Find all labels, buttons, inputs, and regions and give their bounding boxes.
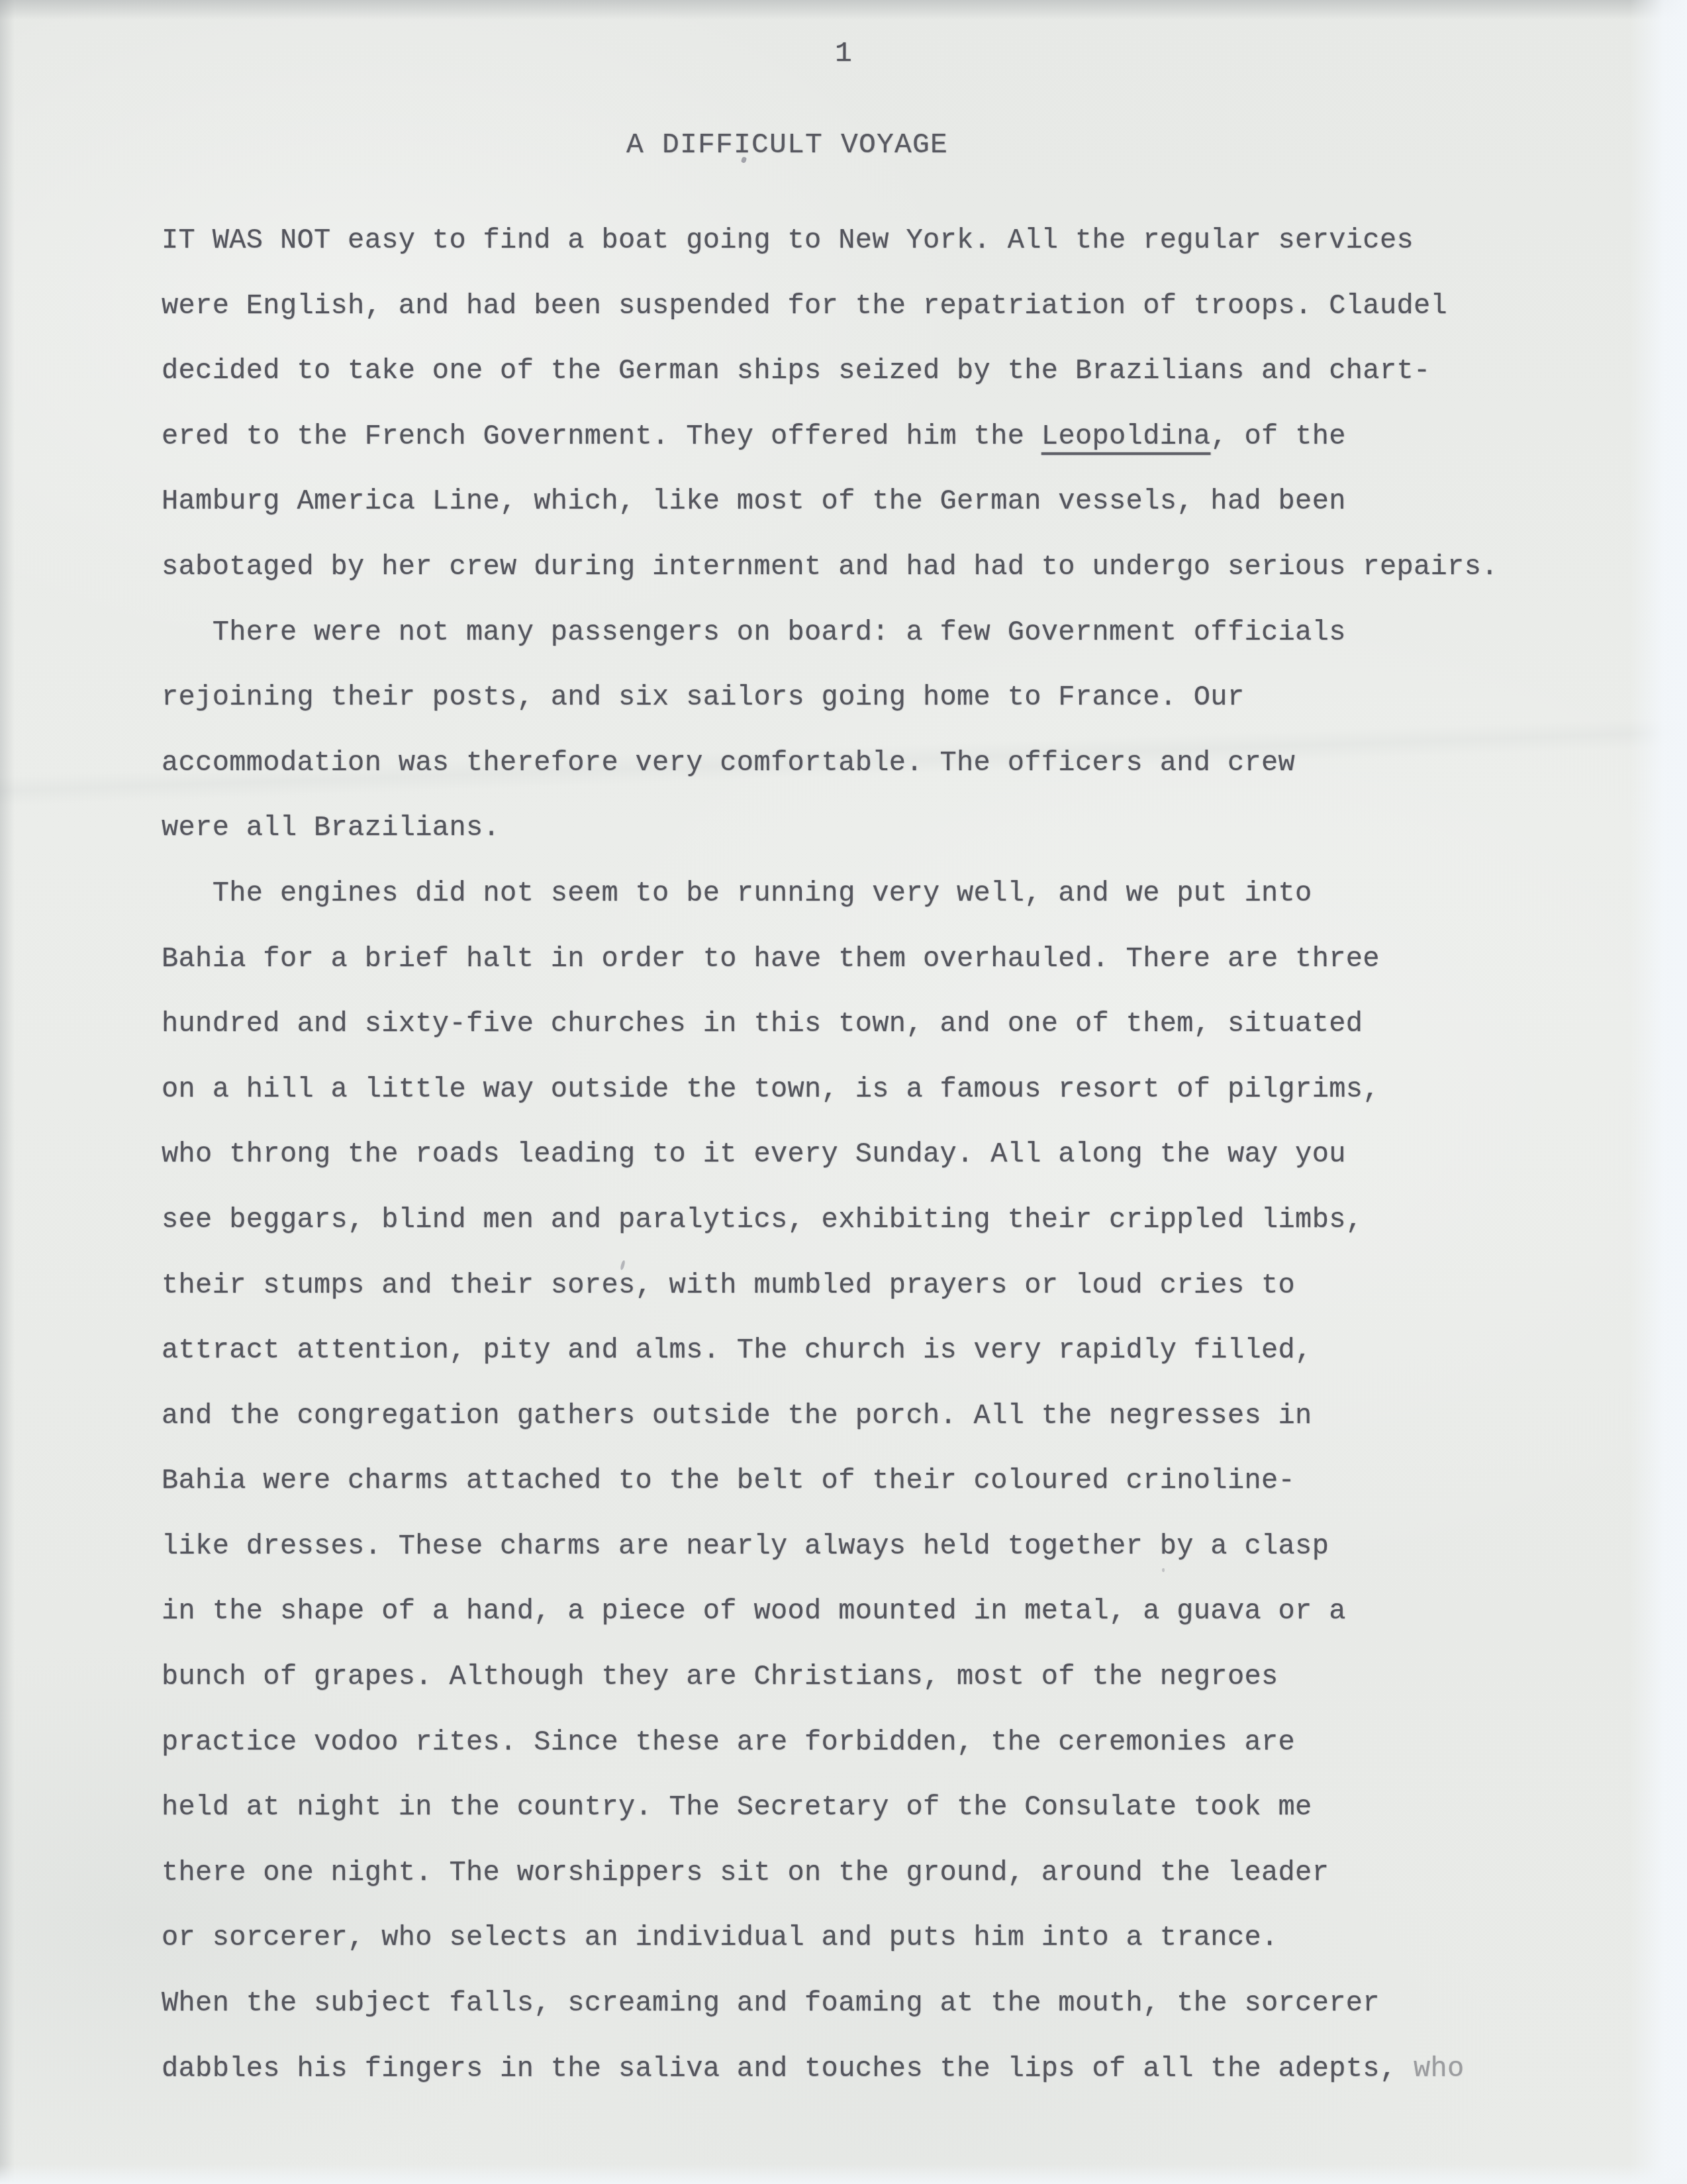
text-line: IT WAS NOT easy to find a boat going to … [162,208,1498,273]
text-line: There were not many passengers on board:… [162,600,1498,666]
page-number: 1 [0,37,1687,70]
text-line: Bahia were charms attached to the belt o… [162,1448,1498,1514]
text-line: or sorcerer, who selects an individual a… [162,1905,1498,1971]
text-segment: ered to the French Government. They offe… [162,421,1041,452]
text-line: Hamburg America Line, which, like most o… [162,469,1498,534]
text-line: sabotaged by her crew during internment … [162,534,1498,600]
text-line: their stumps and their sores, with mumbl… [162,1253,1498,1318]
faint-text-segment: who [1414,2053,1465,2085]
underlined-ship-name: Leopoldina [1041,421,1211,452]
text-line: in the shape of a hand, a piece of wood … [162,1579,1498,1644]
scanned-document-page: { "page": { "number": "1", "title": "A D… [0,0,1687,2184]
text-line: were English, and had been suspended for… [162,273,1498,339]
text-line: on a hill a little way outside the town,… [162,1057,1498,1122]
text-line: were all Brazilians. [162,795,1498,861]
text-line: attract attention, pity and alms. The ch… [162,1318,1498,1383]
body-text: IT WAS NOT easy to find a boat going to … [162,208,1498,2101]
text-line: who throng the roads leading to it every… [162,1122,1498,1187]
text-line: like dresses. These charms are nearly al… [162,1514,1498,1579]
text-segment: , of the [1210,421,1345,452]
text-line: see beggars, blind men and paralytics, e… [162,1187,1498,1253]
text-line: held at night in the country. The Secret… [162,1775,1498,1840]
text-line: Bahia for a brief halt in order to have … [162,926,1498,992]
text-line: and the congregation gathers outside the… [162,1383,1498,1449]
text-line: When the subject falls, screaming and fo… [162,1971,1498,2036]
text-segment: dabbles his fingers in the saliva and to… [162,2053,1414,2085]
paper-edge-shadow-left [0,0,15,2184]
text-line: hundred and sixty-five churches in this … [162,991,1498,1057]
text-line: ered to the French Government. They offe… [162,404,1498,470]
page-title: A DIFFICULT VOYAGE [626,128,948,161]
text-line: decided to take one of the German ships … [162,338,1498,404]
paper-edge-shadow-top [0,0,1687,20]
scan-edge-right [1630,0,1687,2184]
text-line: The engines did not seem to be running v… [162,861,1498,926]
text-line: accommodation was therefore very comfort… [162,730,1498,796]
text-line: practice vodoo rites. Since these are fo… [162,1710,1498,1775]
text-line: rejoining their posts, and six sailors g… [162,665,1498,730]
scan-edge-bottom [0,2164,1687,2184]
text-line: dabbles his fingers in the saliva and to… [162,2036,1498,2102]
text-line: there one night. The worshippers sit on … [162,1840,1498,1906]
text-line: bunch of grapes. Although they are Chris… [162,1644,1498,1710]
